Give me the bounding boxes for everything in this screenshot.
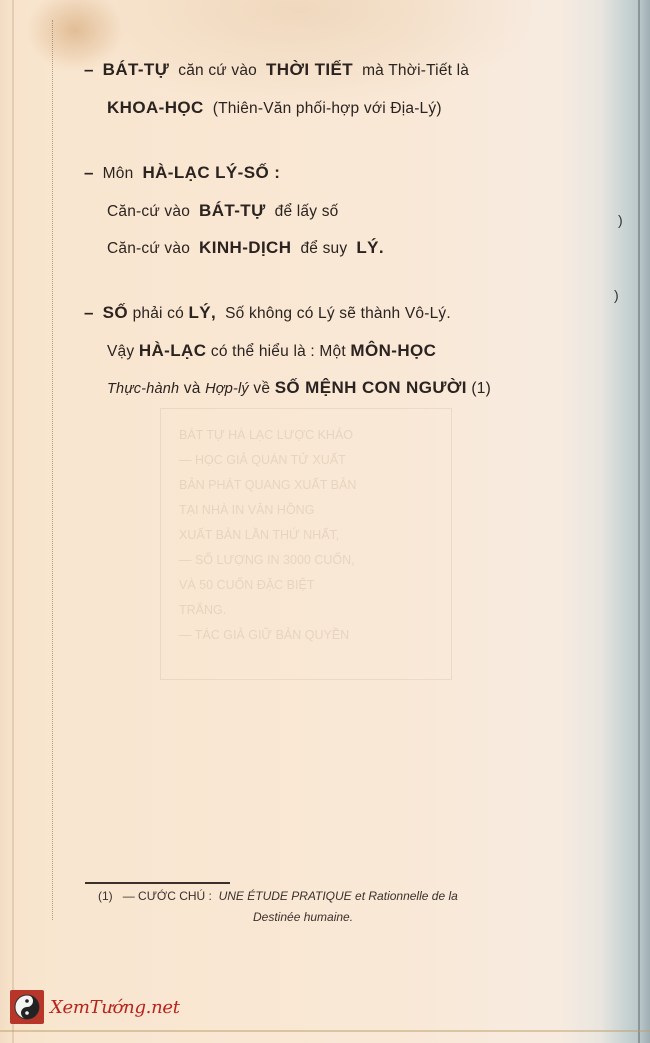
bullet-dash: – <box>84 303 94 322</box>
footnote-marker: (1) <box>98 889 113 903</box>
bleed-line: TRẮNG. <box>179 598 433 623</box>
footnote-text: Destinée humaine. <box>253 910 353 924</box>
term-bat-tu: BÁT-TỰ <box>103 60 170 79</box>
term-ly: LÝ. <box>356 238 384 257</box>
page-bottom-edge <box>0 1030 650 1032</box>
term-so-menh-con-nguoi: SỐ MỆNH CON NGƯỜI <box>275 378 467 397</box>
term-thoi-tiet: THỜI TIẾT <box>266 60 353 79</box>
page-right-edge <box>638 0 640 1043</box>
footnote-text: et <box>355 889 365 903</box>
text: phải có <box>133 305 184 322</box>
yin-yang-icon <box>10 990 44 1024</box>
text: để suy <box>300 240 347 257</box>
italic-hop-ly: Hợp-lý <box>205 381 249 397</box>
watermark-text: XemTướng.net <box>50 997 180 1018</box>
term-mon-hoc: MÔN-HỌC <box>350 341 436 360</box>
term-ha-lac-ly-so: HÀ-LẠC LÝ-SỐ : <box>142 163 280 182</box>
footnote-reference: (1) <box>471 380 491 397</box>
margin-mark: ) <box>618 212 623 228</box>
paragraph-1-line-2: KHOA-HỌC (Thiên-Văn phối-hợp với Địa-Lý) <box>107 98 442 118</box>
bleed-line: TẠI NHÀ IN VÂN HỒNG <box>179 498 433 523</box>
italic-thuc-hanh: Thực-hành <box>107 381 179 397</box>
paragraph-2-line-3: Căn-cứ vào KINH-DỊCH để suy LÝ. <box>107 238 384 258</box>
page-left-edge <box>12 0 14 1043</box>
bleed-line: VÀ 50 CUỐN ĐẶC BIỆT <box>179 573 433 598</box>
footnote-italic: Rationnelle de la <box>368 889 457 903</box>
watermark-logo[interactable]: XemTướng.net <box>10 990 180 1024</box>
text: Căn-cứ vào <box>107 240 190 257</box>
term-kinh-dich: KINH-DỊCH <box>199 238 291 257</box>
text: Vậy <box>107 343 134 360</box>
term-khoa-hoc: KHOA-HỌC <box>107 98 204 117</box>
footnote-rule <box>85 882 230 884</box>
text: (Thiên-Văn phối-hợp với Địa-Lý) <box>213 100 442 117</box>
binding-dotted-line <box>52 20 53 920</box>
term-bat-tu: BÁT-TỰ <box>199 201 266 220</box>
footnote-italic: UNE ÉTUDE PRATIQUE <box>219 889 352 903</box>
term-so: SỐ <box>103 303 128 322</box>
footnote-label: — CƯỚC CHÚ : <box>123 889 212 903</box>
bleed-line: BẢN PHÁT QUANG XUẤT BẢN <box>179 473 433 498</box>
bleed-line: BÁT TỰ HÀ LẠC LƯỢC KHẢO <box>179 423 433 448</box>
paragraph-2-line-1: – Môn HÀ-LẠC LÝ-SỐ : <box>84 163 280 183</box>
paragraph-3-line-1: – SỐ phải có LÝ, Số không có Lý sẽ thành… <box>84 303 451 323</box>
text: mà Thời-Tiết là <box>362 62 469 79</box>
bleed-line: — SỐ LƯỢNG IN 3000 CUỐN, <box>179 548 433 573</box>
bleed-line: — HỌC GIẢ QUÁN TỬ XUẤT <box>179 448 433 473</box>
bullet-dash: – <box>84 60 94 79</box>
text: có thể hiểu là : Một <box>211 343 346 360</box>
term-ly: LÝ, <box>188 303 216 322</box>
text: Môn <box>103 165 134 182</box>
text: để lấy số <box>275 203 339 220</box>
bleed-through-box: BÁT TỰ HÀ LẠC LƯỢC KHẢO — HỌC GIẢ QUÁN T… <box>160 408 452 680</box>
text: Căn-cứ vào <box>107 203 190 220</box>
paragraph-3-line-3: Thực-hành và Hợp-lý về SỐ MỆNH CON NGƯỜI… <box>107 378 491 398</box>
bullet-dash: – <box>84 163 94 182</box>
bleed-line: — TÁC GIẢ GIỮ BẢN QUYỀN <box>179 623 433 648</box>
footnote-line-2: Destinée humaine. <box>253 910 353 924</box>
margin-mark: ) <box>614 287 619 303</box>
scanned-page: – BÁT-TỰ căn cứ vào THỜI TIẾT mà Thời-Ti… <box>0 0 650 1043</box>
paragraph-3-line-2: Vậy HÀ-LẠC có thể hiểu là : Một MÔN-HỌC <box>107 341 436 361</box>
term-ha-lac: HÀ-LẠC <box>139 341 207 360</box>
text: căn cứ vào <box>178 62 257 79</box>
paragraph-2-line-2: Căn-cứ vào BÁT-TỰ để lấy số <box>107 201 338 221</box>
text: và <box>184 380 201 397</box>
text: về <box>253 380 270 397</box>
paragraph-1-line-1: – BÁT-TỰ căn cứ vào THỜI TIẾT mà Thời-Ti… <box>84 60 469 80</box>
bleed-line: XUẤT BẢN LẦN THỨ NHẤT, <box>179 523 433 548</box>
footnote-line-1: (1) — CƯỚC CHÚ : UNE ÉTUDE PRATIQUE et R… <box>98 889 458 903</box>
text: Số không có Lý sẽ thành Vô-Lý. <box>225 305 451 322</box>
